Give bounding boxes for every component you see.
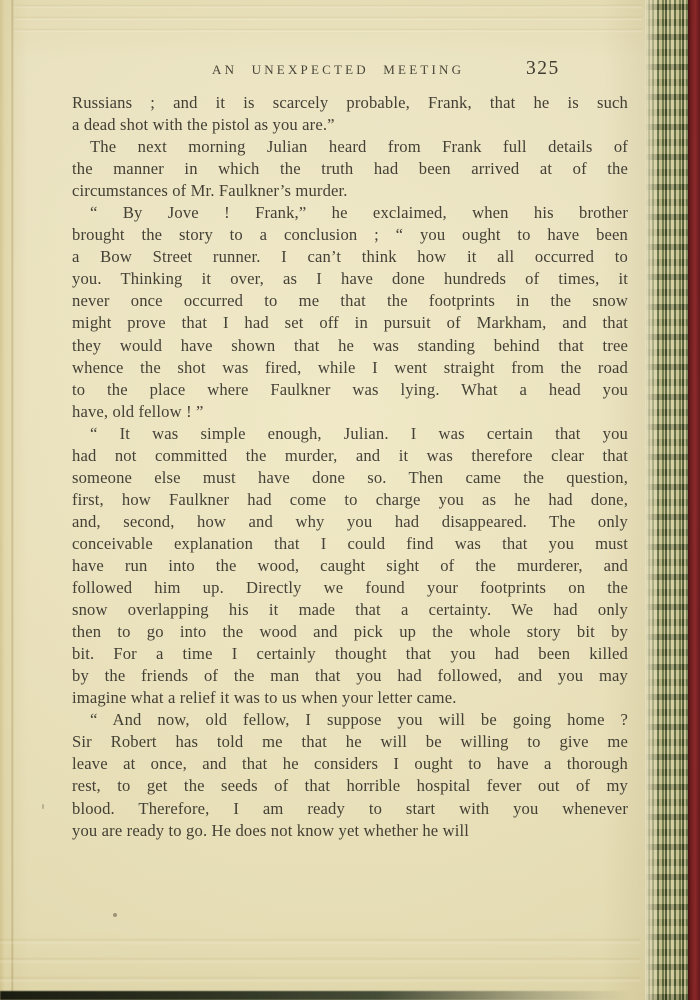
text-line: someone else must have done so. Then cam… — [72, 467, 628, 489]
text-line: brought the story to a conclusion ; “ yo… — [72, 224, 628, 246]
text-line: snow overlapping his it made that a cert… — [72, 599, 628, 621]
text-line: first, how Faulkner had come to charge y… — [72, 489, 628, 511]
ink-speck — [113, 913, 117, 917]
fore-edge-green — [645, 0, 688, 1000]
page-edges-bottom — [0, 930, 640, 992]
page-body: Russians ; and it is scarcely probable, … — [72, 92, 628, 842]
book-cover-right — [688, 0, 700, 1000]
text-line: by the friends of the man that you had f… — [72, 665, 628, 687]
text-line: leave at once, and that he considers I o… — [72, 753, 628, 775]
text-line: Russians ; and it is scarcely probable, … — [72, 92, 628, 114]
text-line: they would have shown that he was standi… — [72, 335, 628, 357]
text-line: have, old fellow ! ” — [72, 401, 628, 423]
text-line: rest, to get the seeds of that horrible … — [72, 775, 628, 797]
text-line: “ It was simple enough, Julian. I was ce… — [72, 423, 628, 445]
text-line: bit. For a time I certainly thought that… — [72, 643, 628, 665]
text-line: the manner in which the truth had been a… — [72, 158, 628, 180]
text-line: had not committed the murder, and it was… — [72, 445, 628, 467]
text-line: might prove that I had set off in pursui… — [72, 312, 628, 334]
text-line: whence the shot was fired, while I went … — [72, 357, 628, 379]
ink-speck-small — [42, 804, 44, 809]
text-line: followed him up. Directly we found your … — [72, 577, 628, 599]
text-line: a dead shot with the pistol as you are.” — [72, 114, 628, 136]
text-line: and, second, how and why you had disappe… — [72, 511, 628, 533]
bottom-cover-shadow — [0, 991, 630, 1000]
page-edge-left — [0, 0, 26, 1000]
text-line: you. Thinking it over, as I have done hu… — [72, 268, 628, 290]
text-line: have run into the wood, caught sight of … — [72, 555, 628, 577]
text-line: never once occurred to me that the footp… — [72, 290, 628, 312]
page-edges-top — [14, 0, 642, 34]
text-line: conceivable explanation that I could fin… — [72, 533, 628, 555]
text-line: to the place where Faulkner was lying. W… — [72, 379, 628, 401]
running-header: AN UNEXPECTED MEETING — [212, 62, 464, 78]
text-line: then to go into the wood and pick up the… — [72, 621, 628, 643]
text-line: imagine what a relief it was to us when … — [72, 687, 628, 709]
text-line: The next morning Julian heard from Frank… — [72, 136, 628, 158]
text-line: you are ready to go. He does not know ye… — [72, 820, 628, 842]
page-number: 325 — [526, 58, 560, 80]
text-line: blood. Therefore, I am ready to start wi… — [72, 798, 628, 820]
text-line: “ And now, old fellow, I suppose you wil… — [72, 709, 628, 731]
text-line: “ By Jove ! Frank,” he exclaimed, when h… — [72, 202, 628, 224]
text-line: Sir Robert has told me that he will be w… — [72, 731, 628, 753]
page-header: AN UNEXPECTED MEETING 325 — [72, 58, 628, 82]
book-scan: AN UNEXPECTED MEETING 325 Russians ; and… — [0, 0, 700, 1000]
text-line: a Bow Street runner. I can’t think how i… — [72, 246, 628, 268]
text-line: circumstances of Mr. Faulkner’s murder. — [72, 180, 628, 202]
